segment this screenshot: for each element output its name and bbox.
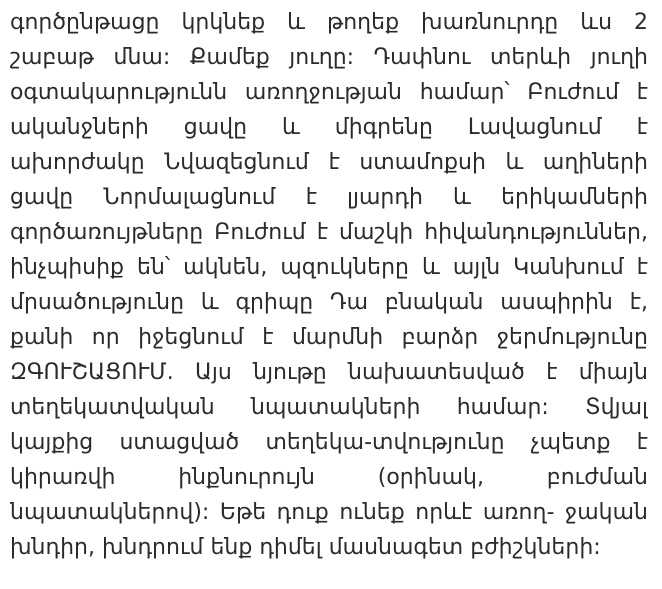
text-line: ցավը Նորմալացնում է լյարդի և երիկամների [10, 180, 648, 215]
text-line: կայքից ստացված տեղեկա-տվությունը չպետք է [10, 425, 648, 460]
text-line: ԶԳՈՒՇԱՑՈՒՄ. Այս նյութը նախատեսված է միայ… [10, 355, 648, 390]
text-line: նպատակներով): Եթե դուք ունեք որևէ առող- … [10, 495, 648, 530]
text-line: գործընթացը կրկնեք և թողեք խառնուրդը ևս 2 [10, 5, 648, 40]
text-line: գործառույթները Բուժում է մաշկի հիվանդութ… [10, 215, 648, 250]
text-line: մրսածությունը և գրիպը Դա բնական ասպիրին … [10, 285, 648, 320]
text-line: ախորժակը Նվազեցնում է ստամոքսի և աղիների [10, 145, 648, 180]
text-line: ականջների ցավը և միգրենը Լավացնում է [10, 110, 648, 145]
article-text: գործընթացը կրկնեք և թողեք խառնուրդը ևս 2… [0, 0, 662, 565]
text-line: խնդիր, խնդրում ենք դիմել մասնագետ բժիշկն… [10, 530, 648, 565]
text-line: քանի որ իջեցնում է մարմնի բարձր ջերմությ… [10, 320, 648, 355]
text-line: տեղեկատվական նպատակների համար: Տվյալ [10, 390, 648, 425]
text-line: շաբաթ մնա: Քամեք յուղը: Դափնու տերևի յու… [10, 40, 648, 75]
text-line: օգտակարությունն առողջության համար՝ Բուժո… [10, 75, 648, 110]
text-line: ինչպիսիք են՝ ակնեն, պզուկները և այլն Կան… [10, 250, 648, 285]
text-line: կիրառվի ինքնուրույն (օրինակ, բուժման [10, 460, 648, 495]
